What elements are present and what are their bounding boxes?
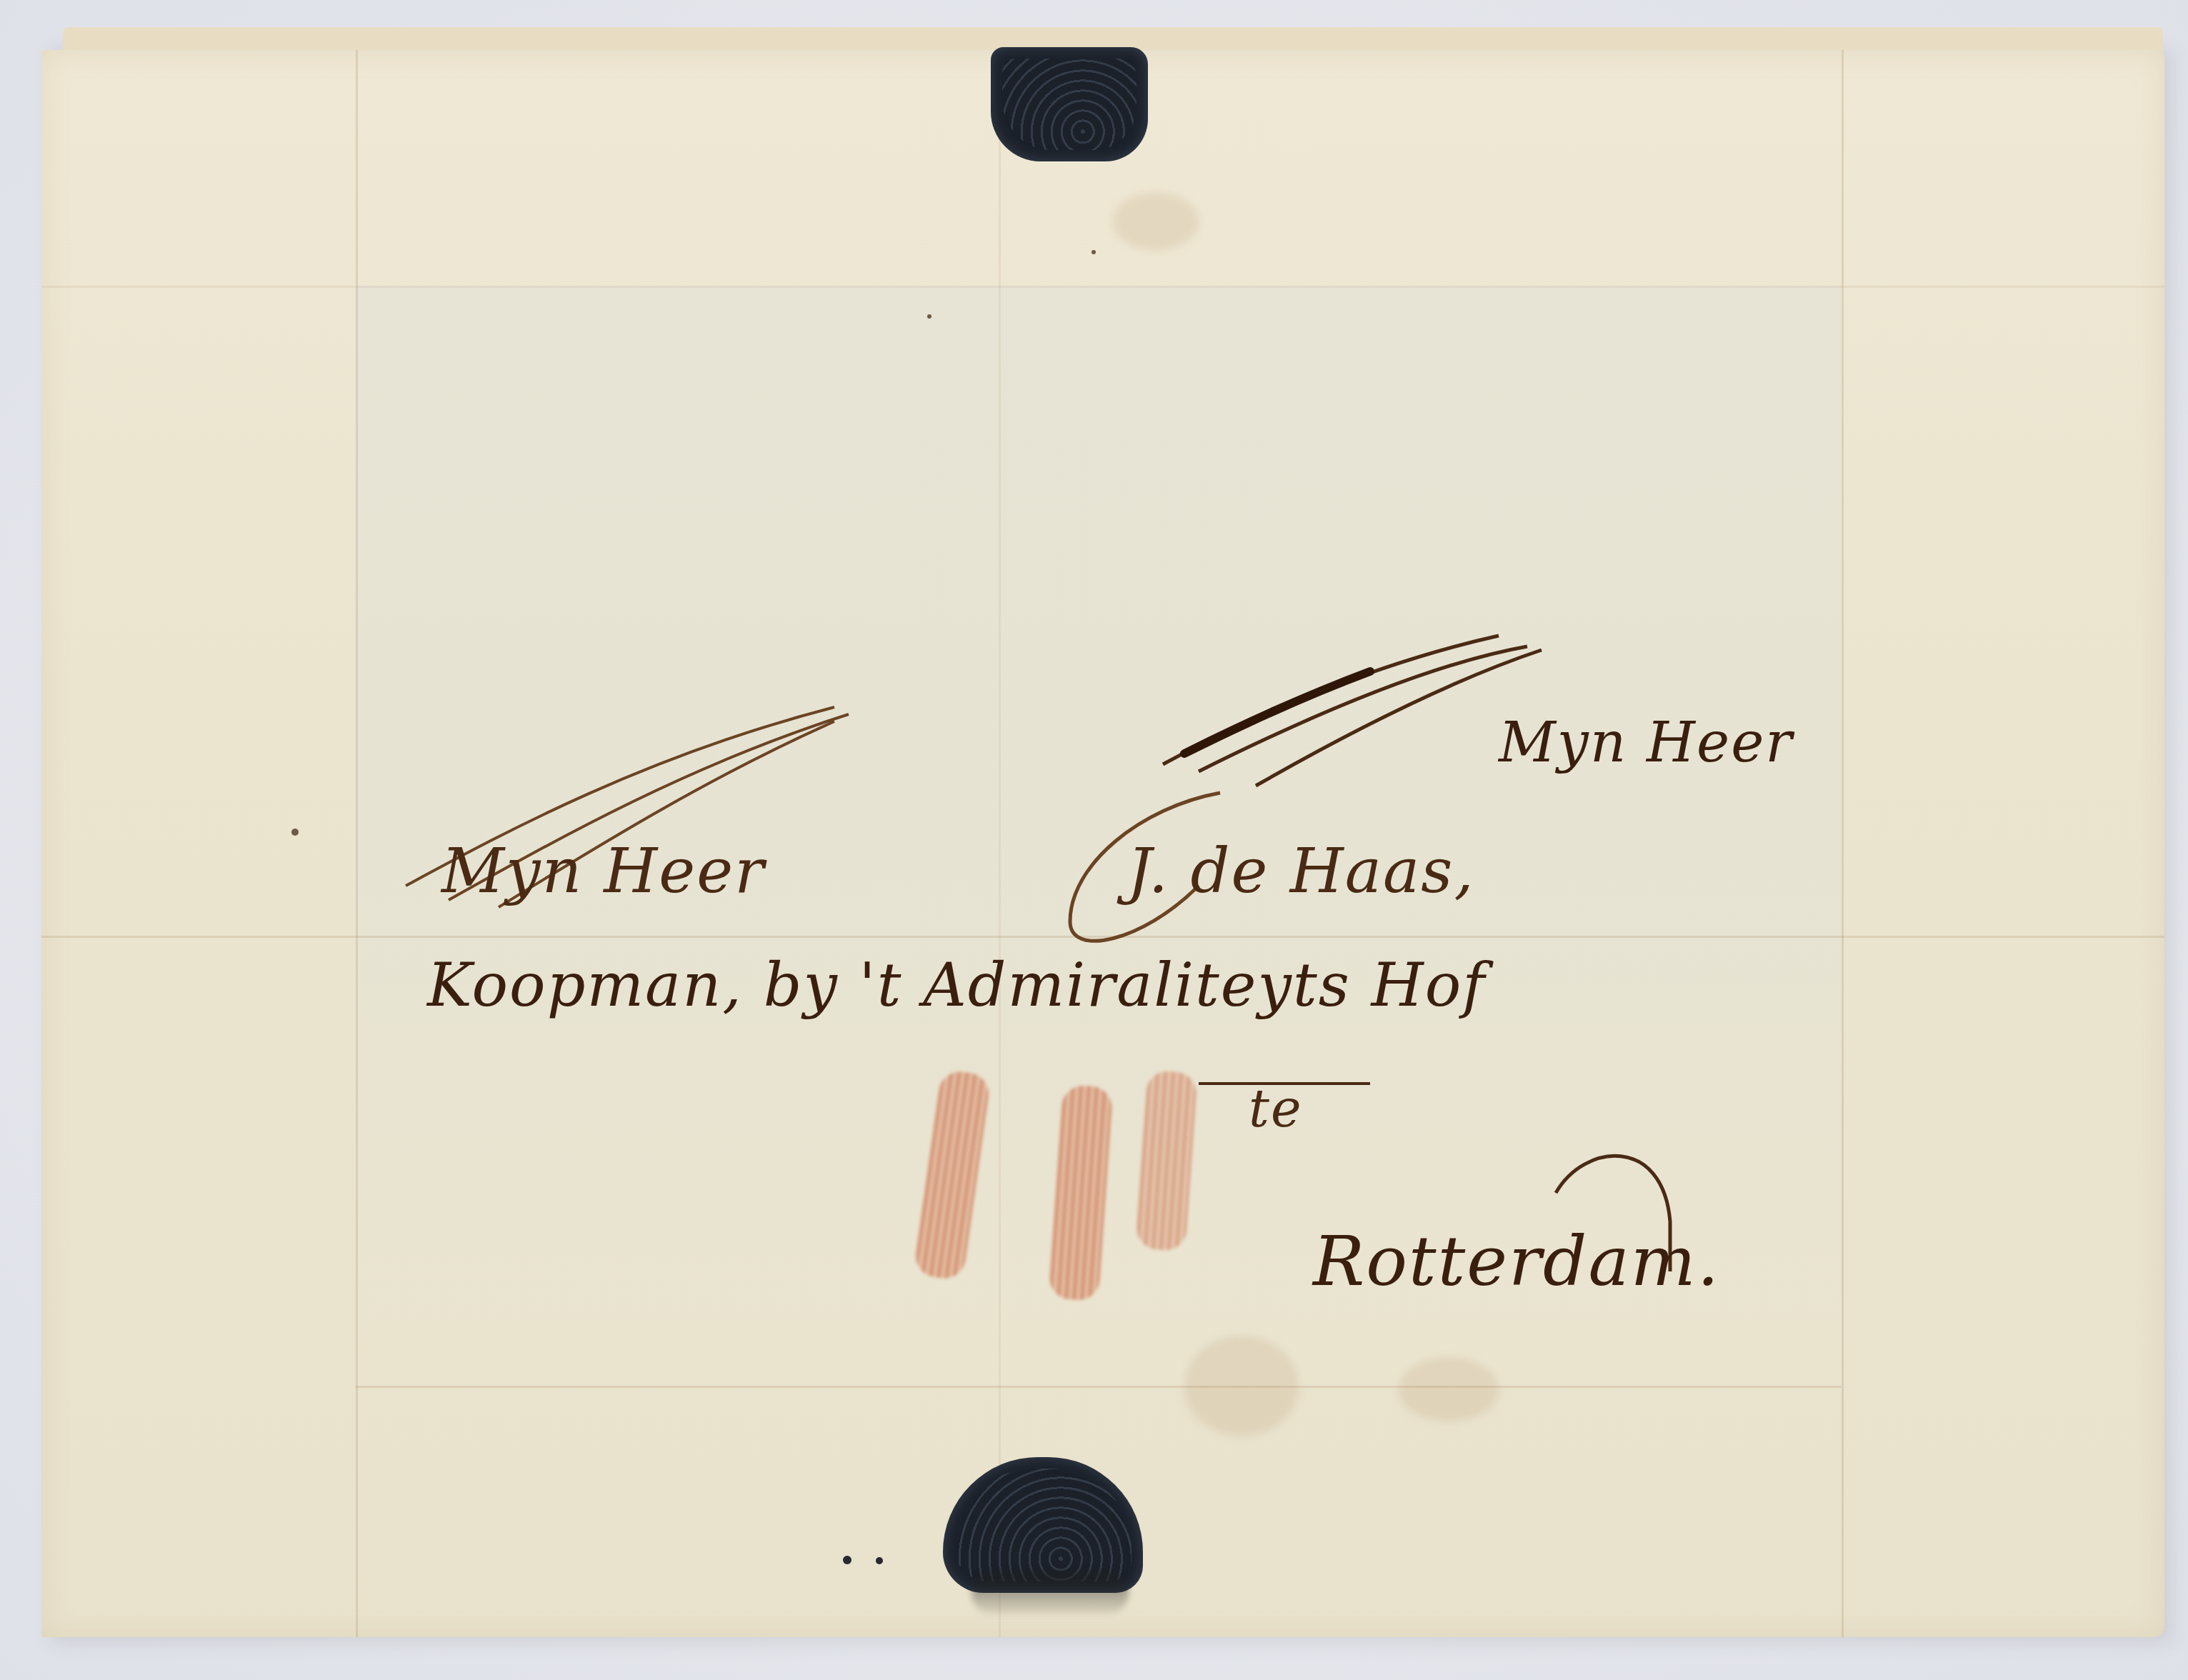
pinhole — [876, 1557, 883, 1564]
fold-line-bottom — [356, 1386, 1842, 1388]
speck — [291, 829, 299, 836]
stain — [1113, 193, 1199, 250]
address-line1-prefix: Myn Heer — [441, 836, 765, 907]
fold-line-center — [999, 50, 1001, 1637]
fold-line-right — [1842, 50, 1844, 1637]
seal-smudge — [971, 1571, 1129, 1614]
pinhole — [843, 1556, 851, 1564]
salutation-top: Myn Heer — [1499, 711, 1794, 775]
fold-line-left — [356, 50, 358, 1637]
stain — [1399, 1357, 1499, 1421]
stain — [1184, 1336, 1299, 1436]
address-line2: Koopman, by 't Admiraliteyts Hof — [427, 950, 1486, 1020]
fold-line-top — [41, 286, 2164, 288]
wax-seal-top — [991, 47, 1148, 161]
speck — [1091, 250, 1096, 254]
address-line1-name: J. de Haas, — [1127, 836, 1475, 907]
seal-impression — [954, 1469, 1132, 1581]
speck — [927, 314, 931, 319]
seal-impression — [1002, 59, 1137, 150]
letter-sheet: Myn Heer Myn Heer J. de Haas, Koopman, b… — [41, 50, 2164, 1637]
address-line4-city: Rotterdam. — [1313, 1221, 1720, 1301]
address-line3: te — [1249, 1079, 1303, 1139]
